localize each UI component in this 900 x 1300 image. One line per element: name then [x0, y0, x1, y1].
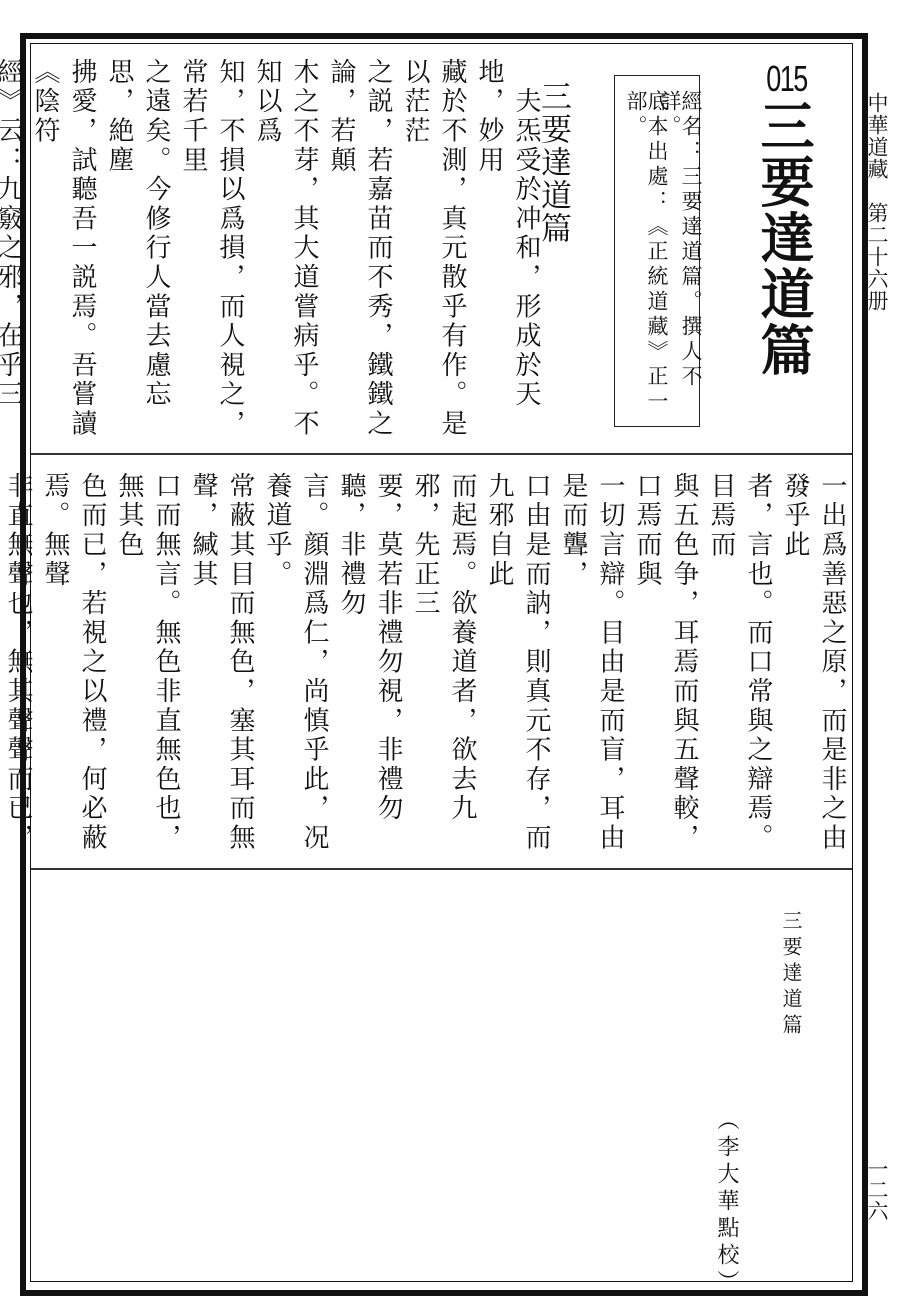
text-column: 之説，若嘉苗而不秀，鐵鐵之論，若顛 — [322, 58, 396, 450]
middle-register-text: 一出爲善惡之原，而是非之由發乎此 者，言也。而口常與之辯焉。目焉而 與五色争，耳… — [0, 472, 850, 864]
text-column: 常蔽其目而無色，塞其耳而無聲，緘其 — [184, 472, 258, 864]
proofreader-credit: （李大華點校） — [715, 1108, 737, 1297]
text-column: 非直無聲也，無其聲聲而已，若聽之以 — [0, 472, 36, 864]
page-number: 一二六 — [866, 1158, 887, 1221]
upper-register-text: 夫炁受於冲和，形成於天地，妙用 藏於不測，真元散乎有作。是以茫茫 之説，若嘉苗而… — [0, 58, 544, 450]
text-column: 夫炁受於冲和，形成於天地，妙用 — [470, 58, 544, 450]
document-title: 三要達道篇 — [756, 98, 810, 378]
text-column: 口而無言。無色非直無色也，無其色 — [110, 472, 184, 864]
text-column: 要，莫若非禮勿視，非禮勿聽，非禮勿 — [332, 472, 406, 864]
text-column: 拂愛，試聽吾一説焉。吾嘗讀《陰符 — [26, 58, 100, 450]
text-column: 言。顔淵爲仁，尚慎乎此，况養道乎。 — [258, 472, 332, 864]
text-column: 色而已，若視之以禮，何必蔽焉。無聲 — [36, 472, 110, 864]
text-column: 一出爲善惡之原，而是非之由發乎此 — [776, 472, 850, 864]
source-edition-line: 底本出處：《正統道藏》正一部。 — [625, 90, 667, 426]
text-column: 之遠矣。今修行人當去慮忘思，絶塵 — [100, 58, 174, 450]
register-divider-2 — [31, 868, 852, 870]
text-column: 木之不芽，其大道嘗病乎。不知以爲 — [248, 58, 322, 450]
text-column: 而起焉。欲養道者，欲去九邪，先正三 — [406, 472, 480, 864]
metadata-box: 經名：三要達道篇。撰人不詳。 底本出處：《正統道藏》正一部。 — [614, 75, 700, 427]
text-column: 一切言辯。目由是而盲，耳由是而聾， — [554, 472, 628, 864]
text-column: 口由是而訥，則真元不存，而九邪自此 — [480, 472, 554, 864]
text-column: 知，不損以爲損，而人視之，常若千里 — [174, 58, 248, 450]
footer-title: 三要達道篇 — [781, 910, 801, 1040]
text-column: 與五色争，耳焉而與五聲較，口焉而與 — [628, 472, 702, 864]
document-number: 015 — [766, 58, 804, 100]
text-column: 經》云：九竅之邪，在乎三要。吾謂知 — [0, 58, 26, 450]
register-divider-1 — [31, 453, 852, 455]
text-column: 者，言也。而口常與之辯焉。目焉而 — [702, 472, 776, 864]
text-column: 藏於不測，真元散乎有作。是以茫茫 — [396, 58, 470, 450]
running-head: 中華道藏 第二十六册 — [866, 92, 887, 312]
